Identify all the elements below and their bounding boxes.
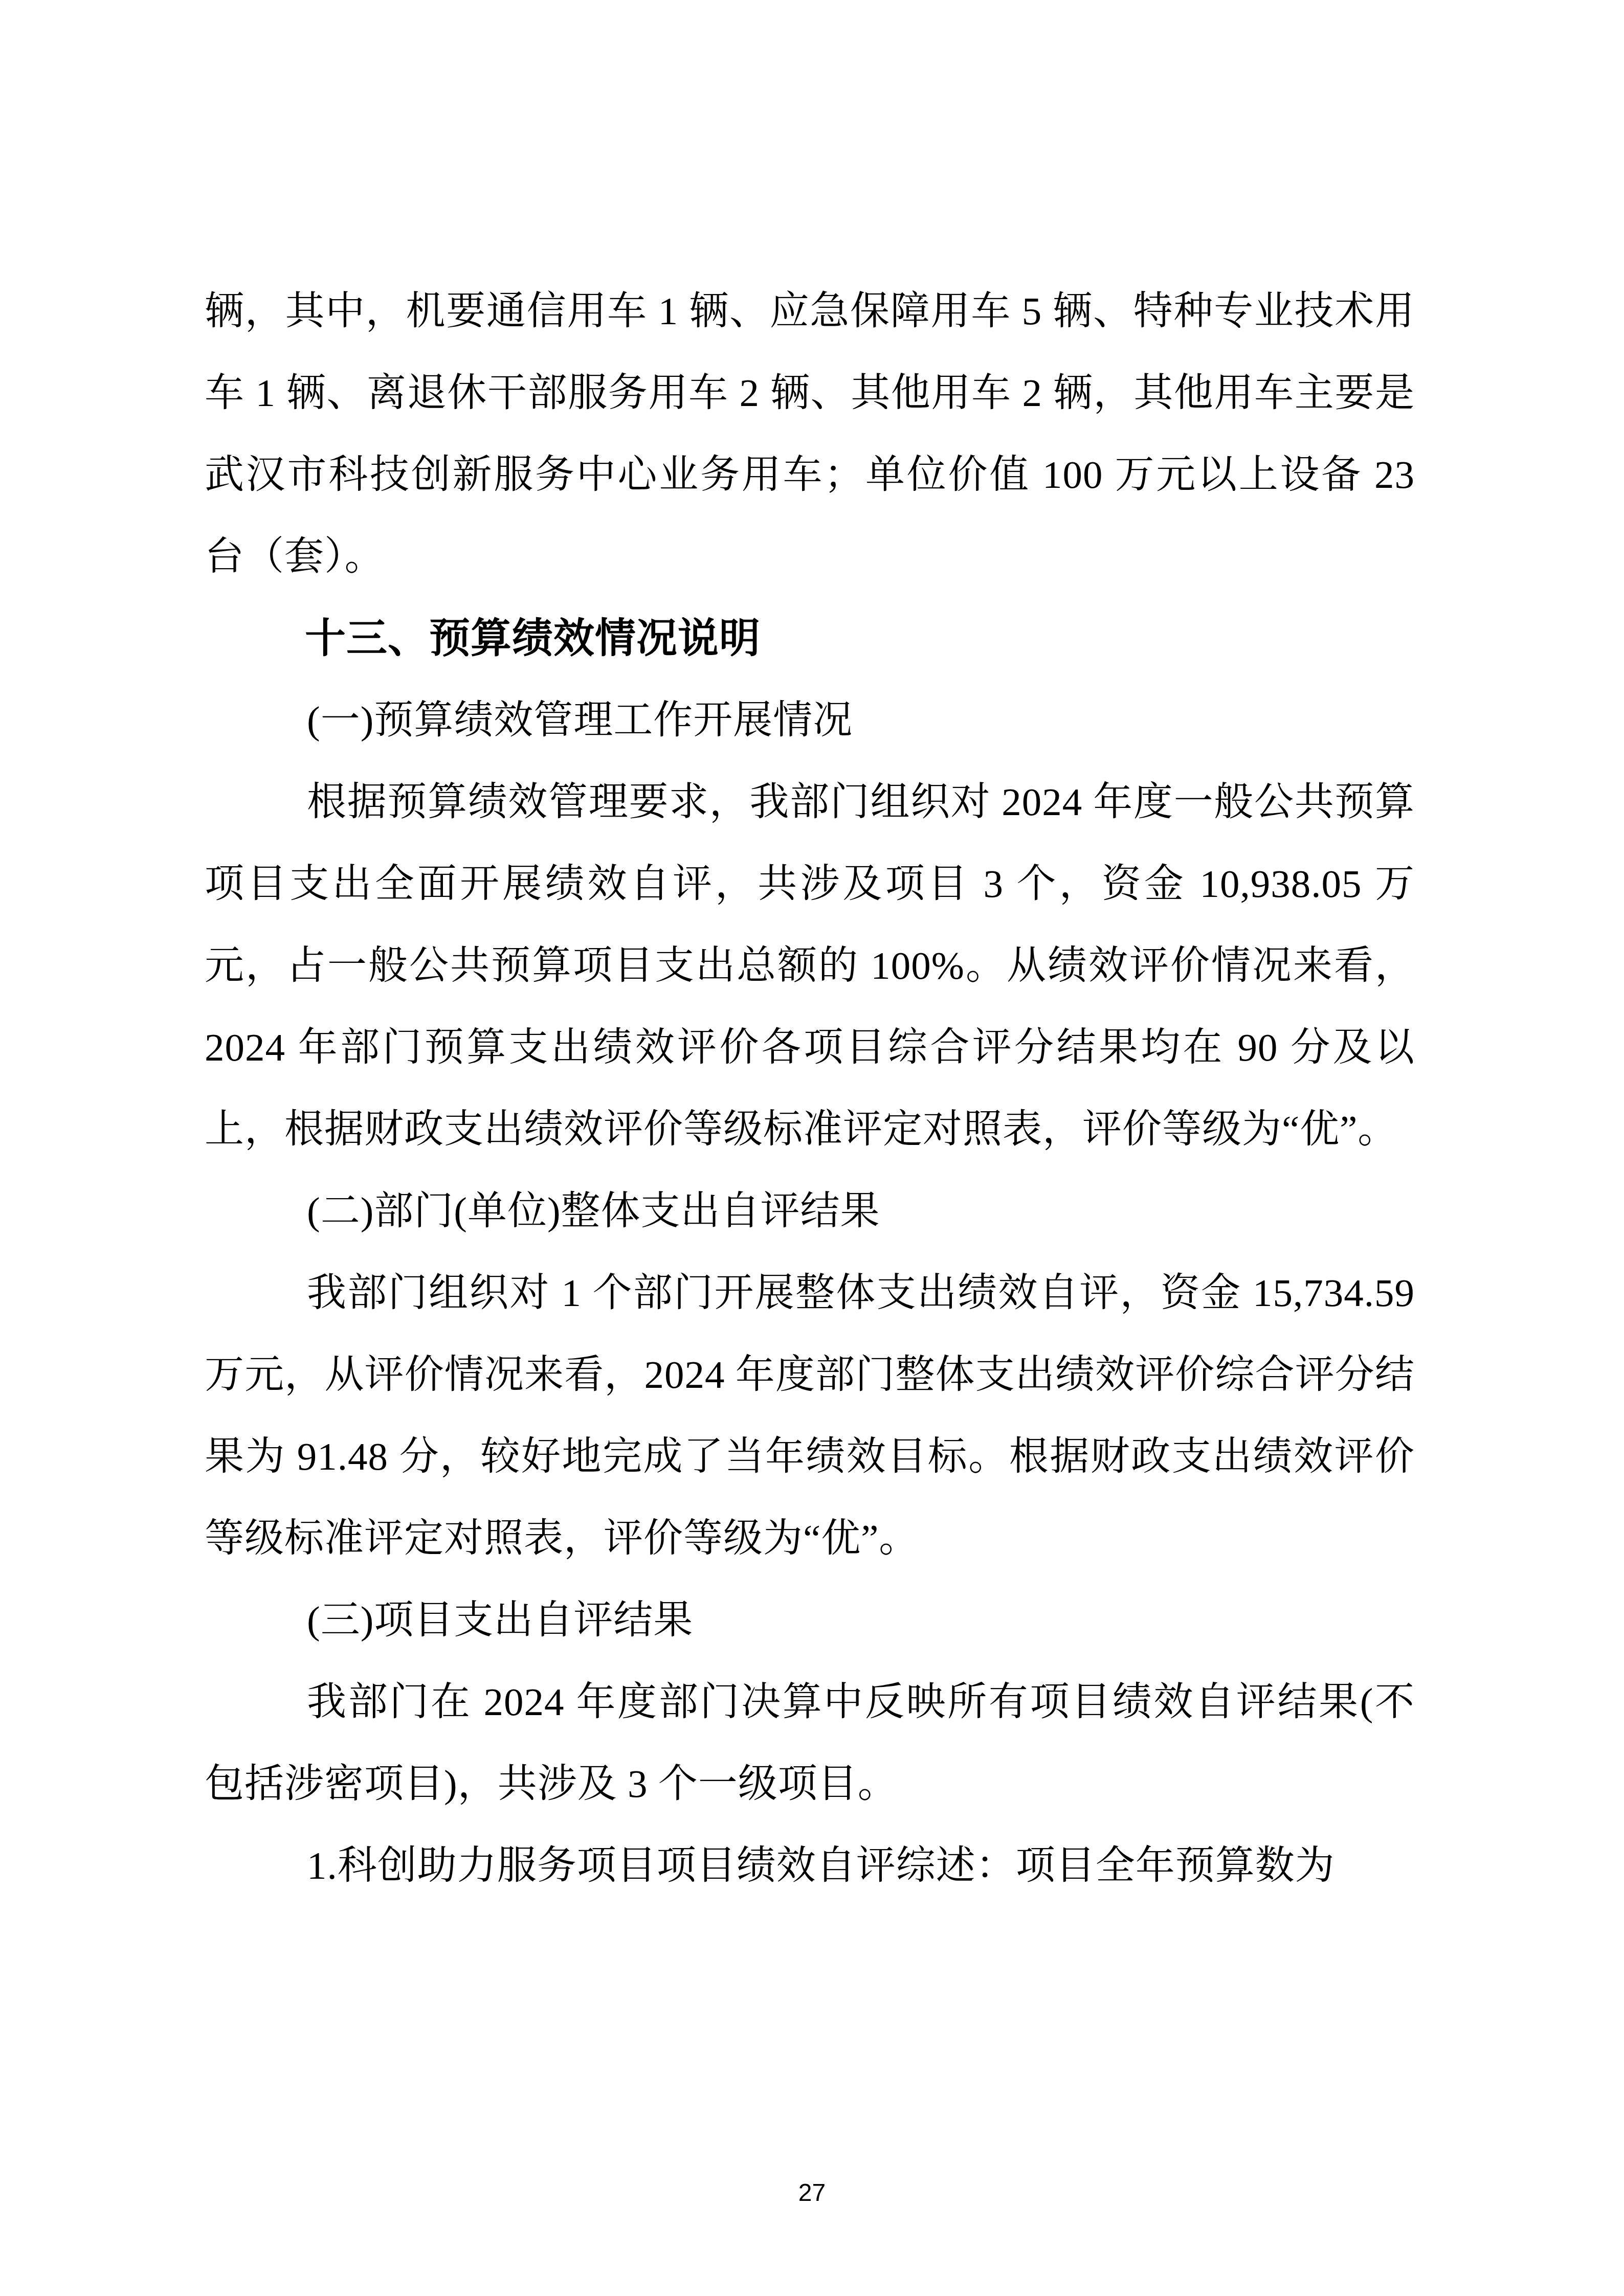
document-page: 辆，其中，机要通信用车 1 辆、应急保障用车 5 辆、特种专业技术用车 1 辆、… [0, 0, 1624, 2296]
paragraph-overall-expenditure-result: 我部门组织对 1 个部门开展整体支出绩效自评，资金 15,734.59 万元，从… [205, 1252, 1415, 1579]
subsection-heading-1-performance-management: (一)预算绩效管理工作开展情况 [205, 679, 1415, 761]
section-heading-13-budget-performance: 十三、预算绩效情况说明 [205, 597, 1415, 679]
paragraph-project-self-evaluation-scope: 我部门在 2024 年度部门决算中反映所有项目绩效自评结果(不包括涉密项目)，共… [205, 1661, 1415, 1825]
document-body: 辆，其中，机要通信用车 1 辆、应急保障用车 5 辆、特种专业技术用车 1 辆、… [205, 270, 1415, 1906]
paragraph-item1-project-summary: 1.科创助力服务项目项目绩效自评综述：项目全年预算数为 [205, 1825, 1415, 1906]
continuation-paragraph-vehicles-equipment: 辆，其中，机要通信用车 1 辆、应急保障用车 5 辆、特种专业技术用车 1 辆、… [205, 270, 1415, 597]
paragraph-performance-self-evaluation: 根据预算绩效管理要求，我部门组织对 2024 年度一般公共预算项目支出全面开展绩… [205, 761, 1415, 1170]
subsection-heading-2-overall-expenditure-self-evaluation: (二)部门(单位)整体支出自评结果 [205, 1170, 1415, 1252]
page-number: 27 [0, 2175, 1624, 2212]
subsection-heading-3-project-expenditure-self-evaluation: (三)项目支出自评结果 [205, 1579, 1415, 1661]
